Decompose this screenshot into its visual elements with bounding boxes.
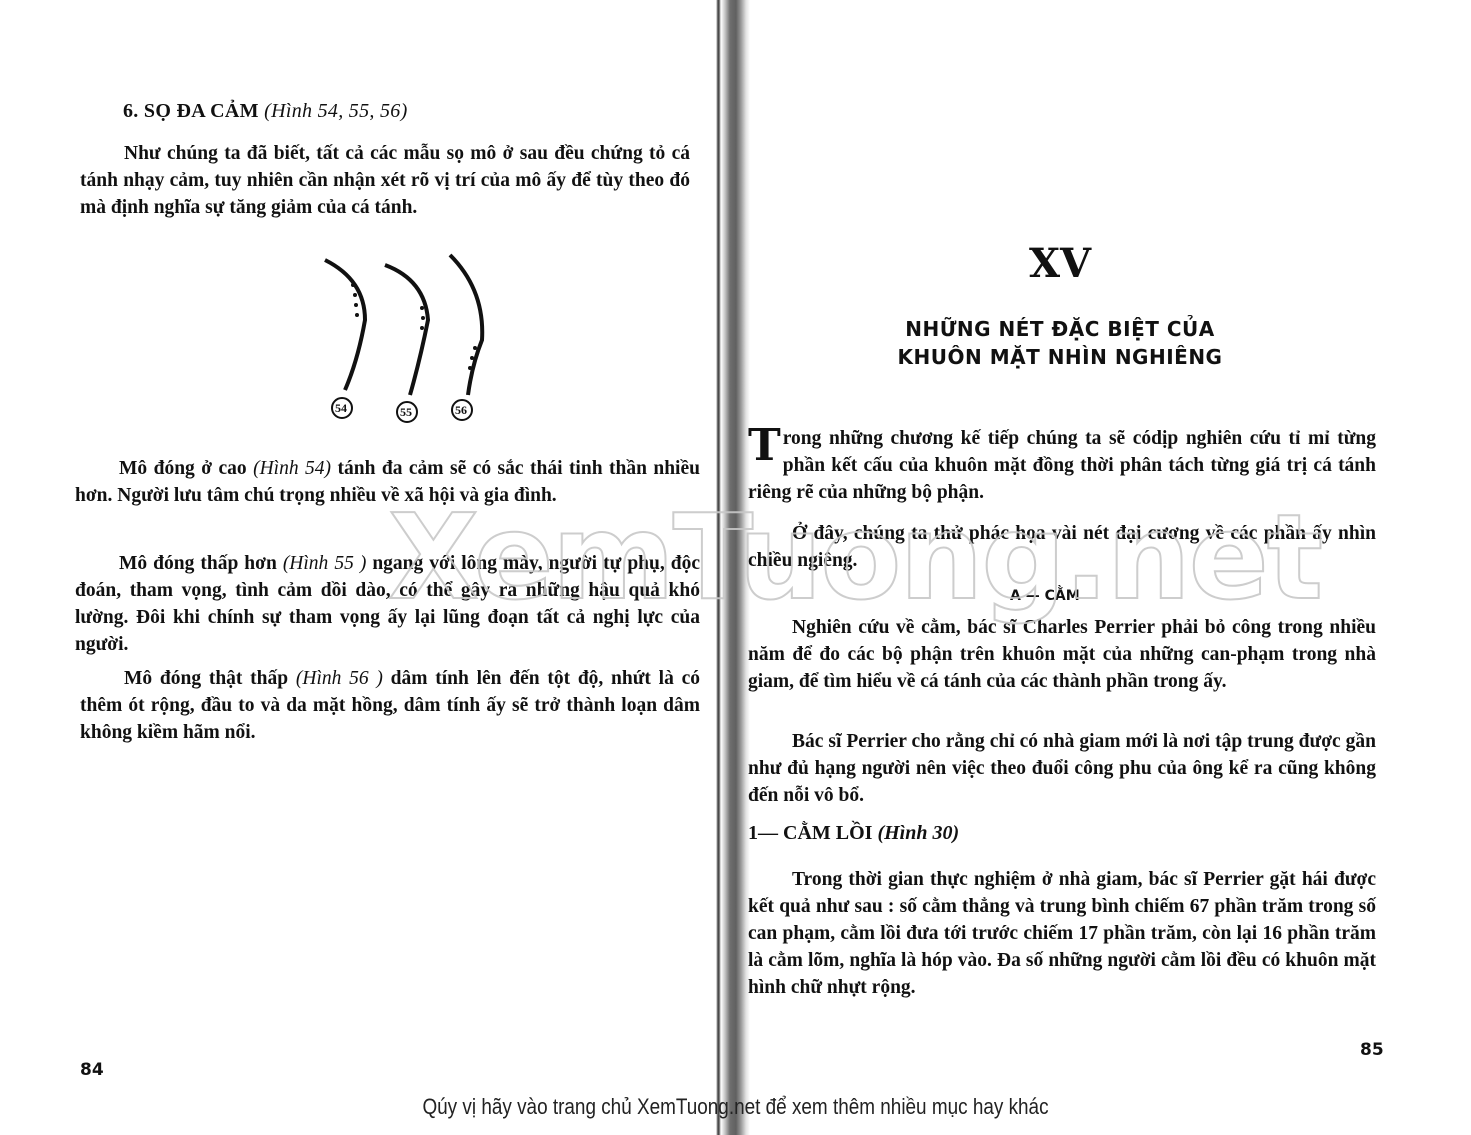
paragraph-prison-sample: Bác sĩ Perrier cho rằng chỉ có nhà giam … [748,728,1376,809]
left-page: 6. SỌ ĐA CẢM (Hình 54, 55, 56) Như chúng… [0,0,720,1135]
paragraph-lower-mound: Mô đóng thấp hơn (Hình 55 ) ngang với lô… [75,550,700,658]
figure-label-56: 56 [455,403,467,418]
section-heading-chin: A — CẰM [1010,588,1080,604]
page-number-left: 84 [80,1060,104,1080]
chapter-intro-paragraph: Trong những chương kế tiếp chúng ta sẽ c… [748,425,1376,506]
skull-profile-figure [310,250,500,425]
chapter-title: NHỮNG NÉT ĐẶC BIỆT CỦA KHUÔN MẶT NHÌN NG… [880,315,1240,371]
section-heading: 6. SỌ ĐA CẢM (Hình 54, 55, 56) [123,100,408,123]
figure-label-55: 55 [400,405,412,420]
drop-cap: T [748,427,781,465]
paragraph-profile-overview: Ở đây, chúng ta thử phác họa vài nét đại… [748,520,1376,574]
paragraph-lowest-mound: Mô đóng thật thấp (Hình 56 ) dâm tính lê… [80,665,700,746]
footer-website-note: Qúy vị hãy vào trang chủ XemTuong.net để… [103,1094,1368,1120]
heading-figure-ref: (Hình 54, 55, 56) [264,100,407,122]
page-number-right: 85 [1360,1040,1384,1060]
intro-paragraph: Như chúng ta đã biết, tất cả các mẫu sọ … [80,140,690,221]
paragraph-high-mound: Mô đóng ở cao (Hình 54) tánh đa cảm sẽ c… [75,455,700,509]
heading-text: 6. SỌ ĐA CẢM [123,100,259,122]
paragraph-results: Trong thời gian thực nghiệm ở nhà giam, … [748,866,1376,1001]
figure-label-54: 54 [335,401,347,416]
subheading-protruding-chin: 1— CẰM LỒI (Hình 30) [748,822,959,845]
book-spine [716,0,750,1135]
paragraph-perrier-study: Nghiên cứu về cằm, bác sĩ Charles Perrie… [748,614,1376,695]
chapter-number: XV [1020,240,1100,287]
